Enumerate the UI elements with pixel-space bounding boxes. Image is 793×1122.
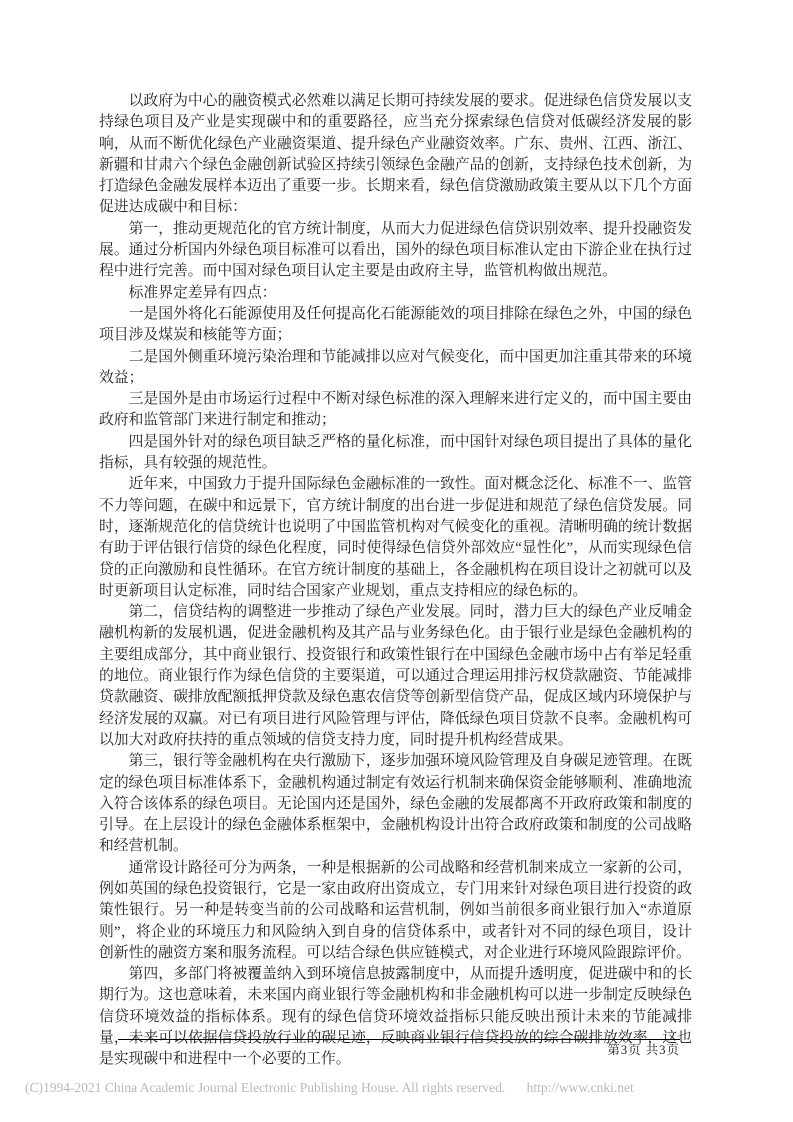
document-paragraph: 第四，多部门将被覆盖纳入到环境信息披露制度中，从而提升透明度，促进碳中和的长期行… bbox=[99, 964, 692, 1070]
page-number: 第3页 共3页 bbox=[607, 1043, 680, 1058]
footer-divider bbox=[118, 1039, 680, 1040]
document-body: 以政府为中心的融资模式必然难以满足长期可持续发展的要求。促进绿色信贷发展以支持绿… bbox=[99, 91, 692, 1071]
document-paragraph: 标准界定差异有四点： bbox=[99, 283, 692, 304]
watermark-url: http://www.cnki.net bbox=[527, 1080, 634, 1095]
document-paragraph: 一是国外将化石能源使用及任何提高化石能源能效的项目排除在绿色之外，中国的绿色项目… bbox=[99, 304, 692, 347]
document-paragraph: 第一，推动更规范化的官方统计制度，从而大力促进绿色信贷识别效率、提升投融资发展。… bbox=[99, 219, 692, 283]
document-paragraph: 以政府为中心的融资模式必然难以满足长期可持续发展的要求。促进绿色信贷发展以支持绿… bbox=[99, 91, 692, 219]
publisher-watermark: (C)1994-2021 China Academic Journal Elec… bbox=[25, 1080, 634, 1096]
document-paragraph: 三是国外是由市场运行过程中不断对绿色标准的深入理解来进行定义的，而中国主要由政府… bbox=[99, 389, 692, 432]
document-paragraph: 近年来，中国致力于提升国际绿色金融标准的一致性。面对概念泛化、标准不一、监管不力… bbox=[99, 474, 692, 602]
watermark-copyright-text: (C)1994-2021 China Academic Journal Elec… bbox=[25, 1080, 505, 1095]
document-paragraph: 第三，银行等金融机构在央行激励下，逐步加强环境风险管理及自身碳足迹管理。在既定的… bbox=[99, 751, 692, 857]
document-paragraph: 通常设计路径可分为两条，一种是根据新的公司战略和经营机制来成立一家新的公司，例如… bbox=[99, 858, 692, 964]
document-page: 以政府为中心的融资模式必然难以满足长期可持续发展的要求。促进绿色信贷发展以支持绿… bbox=[0, 0, 793, 1122]
document-paragraph: 二是国外侧重环境污染治理和节能减排以应对气候变化，而中国更加注重其带来的环境效益… bbox=[99, 347, 692, 390]
document-paragraph: 四是国外针对的绿色项目缺乏严格的量化标准，而中国针对绿色项目提出了具体的量化指标… bbox=[99, 432, 692, 475]
document-paragraph: 第二，信贷结构的调整进一步推动了绿色产业发展。同时，潜力巨大的绿色产业反哺金融机… bbox=[99, 602, 692, 751]
